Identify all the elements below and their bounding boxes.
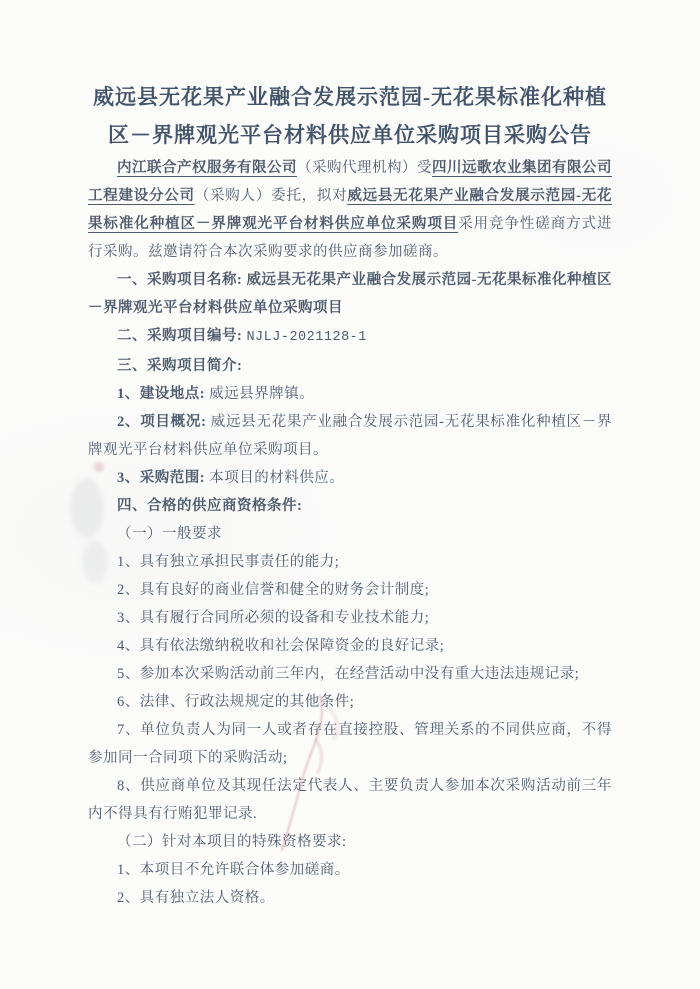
page-title-line2: 区－界牌观光平台材料供应单位采购项目采购公告 <box>108 123 592 147</box>
brief-item-location-value: 威远县界牌镇。 <box>209 386 314 402</box>
general-requirement-item: 5、参加本次采购活动前三年内，在经营活动中没有重大违法违规记录; <box>88 660 612 688</box>
general-requirement-item: 8、供应商单位及其现任法定代表人、主要负责人参加本次采购活动前三年内不得具有行贿… <box>88 772 612 828</box>
brief-item-scope: 3、采购范围: 本项目的材料供应。 <box>88 464 612 492</box>
page-title: 威远县无花果产业融合发展示范园-无花果标准化种植区－界牌观光平台材料供应单位采购… <box>88 78 612 154</box>
page-title-line1: 威远县无花果产业融合发展示范园-无花果标准化种植 <box>93 85 607 109</box>
brief-item-location: 1、建设地点: 威远县界牌镇。 <box>88 380 612 408</box>
general-requirements-heading: （一）一般要求 <box>88 520 612 548</box>
brief-item-scope-label: 3、采购范围: <box>117 470 209 486</box>
general-requirement-item: 4、具有依法缴纳税收和社会保障资金的良好记录; <box>88 632 612 660</box>
purchaser-role: （采购人）委托，拟对 <box>195 188 348 204</box>
general-requirement-item: 2、具有良好的商业信誉和健全的财务会计制度; <box>88 576 612 604</box>
project-number-value: NJLJ-2021128-1 <box>246 330 366 345</box>
section-project-brief-label: 三、采购项目简介: <box>117 358 242 374</box>
special-requirements-heading: （二）针对本项目的特殊资格要求: <box>88 828 612 856</box>
general-requirement-item: 6、法律、行政法规规定的其他条件; <box>88 688 612 716</box>
section-project-number-label: 二、采购项目编号: <box>117 328 246 344</box>
brief-item-overview: 2、项目概况: 威远县无花果产业融合发展示范园-无花果标准化种植区－界牌观光平台… <box>88 408 612 464</box>
brief-item-scope-value: 本项目的材料供应。 <box>209 470 344 486</box>
intro-paragraph: 内江联合产权服务有限公司（采购代理机构）受四川远歌农业集团有限公司工程建设分公司… <box>88 154 612 266</box>
agency-role: （采购代理机构）受 <box>297 160 432 176</box>
document-page: 威远县无花果产业融合发展示范园-无花果标准化种植区－界牌观光平台材料供应单位采购… <box>0 0 700 989</box>
general-requirement-item: 3、具有履行合同所必须的设备和专业技术能力; <box>88 604 612 632</box>
section-project-name: 一、采购项目名称: 威远县无花果产业融合发展示范园-无花果标准化种植区－界牌观光… <box>88 266 612 322</box>
section-qualifications: 四、合格的供应商资格条件: <box>88 492 612 520</box>
document-body: 内江联合产权服务有限公司（采购代理机构）受四川远歌农业集团有限公司工程建设分公司… <box>88 154 612 912</box>
general-requirement-item: 7、单位负责人为同一人或者存在直接控股、管理关系的不同供应商，不得参加同一合同项… <box>88 716 612 772</box>
special-requirement-item: 1、本项目不允许联合体参加磋商。 <box>88 856 612 884</box>
general-requirement-item: 1、具有独立承担民事责任的能力; <box>88 548 612 576</box>
section-project-brief: 三、采购项目简介: <box>88 352 612 380</box>
section-project-name-label: 一、采购项目名称: <box>117 272 247 288</box>
brief-item-location-label: 1、建设地点: <box>117 386 209 402</box>
section-qualifications-label: 四、合格的供应商资格条件: <box>117 498 302 514</box>
brief-item-overview-label: 2、项目概况: <box>117 414 211 430</box>
agency-name: 内江联合产权服务有限公司 <box>117 160 297 176</box>
section-project-number: 二、采购项目编号: NJLJ-2021128-1 <box>88 322 612 352</box>
special-requirement-item: 2、具有独立法人资格。 <box>88 884 612 912</box>
